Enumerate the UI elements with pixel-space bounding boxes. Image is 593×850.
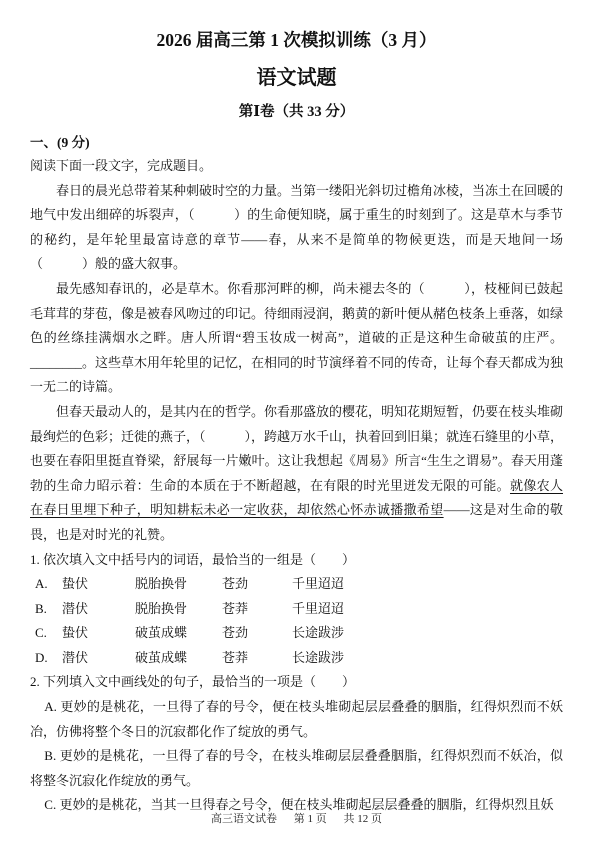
option-word-4: 长途跋涉 bbox=[292, 621, 344, 646]
footer-page-number: 第 1 页 bbox=[294, 813, 327, 825]
option-word-2: 破茧成蝶 bbox=[135, 646, 222, 671]
question-1-option-a: A. 蛰伏 脱胎换骨 苍劲 千里迢迢 bbox=[30, 572, 563, 597]
option-word-1: 潜伏 bbox=[62, 597, 135, 622]
option-letter: A. bbox=[35, 572, 62, 597]
option-word-4: 长途跋涉 bbox=[292, 646, 344, 671]
option-word-2: 脱胎换骨 bbox=[135, 572, 222, 597]
exam-title: 2026 届高三第 1 次模拟训练（3 月） bbox=[30, 28, 563, 52]
option-word-1: 潜伏 bbox=[62, 646, 135, 671]
option-letter: A. bbox=[44, 699, 57, 714]
exam-subject-title: 语文试题 bbox=[30, 65, 563, 91]
option-word-4: 千里迢迢 bbox=[292, 572, 344, 597]
option-word-2: 破茧成蝶 bbox=[135, 621, 222, 646]
question-1-option-d: D. 潜伏 破茧成蝶 苍莽 长途跋涉 bbox=[30, 646, 563, 671]
option-letter: C. bbox=[35, 621, 62, 646]
exam-page: 2026 届高三第 1 次模拟训练（3 月） 语文试题 第Ⅰ卷（共 33 分） … bbox=[0, 0, 593, 850]
option-text: 更妙的是桃花，一旦得了春的号令，在枝头堆砌层层叠叠胭脂，红得炽烈而不妖冶，似将整… bbox=[30, 748, 563, 788]
option-word-2: 脱胎换骨 bbox=[135, 597, 222, 622]
paragraph-3-body: 但春天最动人的，是其内在的哲学。你看那盛放的樱花，明知花期短暂，仍要在枝头堆砌最… bbox=[30, 404, 563, 493]
footer-doc-name: 高三语文试卷 bbox=[211, 813, 277, 825]
passage-paragraph-3: 但春天最动人的，是其内在的哲学。你看那盛放的樱花，明知花期短暂，仍要在枝头堆砌最… bbox=[30, 400, 563, 548]
question-2-option-a: A. 更妙的是桃花，一旦得了春的号令，便在枝头堆砌起层层叠叠的胭脂，红得炽烈而不… bbox=[30, 695, 563, 744]
option-word-3: 苍莽 bbox=[222, 597, 292, 622]
option-word-1: 蛰伏 bbox=[62, 621, 135, 646]
passage-paragraph-1: 春日的晨光总带着某种刺破时空的力量。当第一缕阳光斜切过檐角冰棱，当冻土在回暖的地… bbox=[30, 179, 563, 277]
option-word-4: 千里迢迢 bbox=[292, 597, 344, 622]
option-letter: B. bbox=[35, 597, 62, 622]
footer-page-total: 共 12 页 bbox=[344, 813, 383, 825]
page-footer: 高三语文试卷 第 1 页 共 12 页 bbox=[0, 810, 593, 826]
volume-heading: 第Ⅰ卷（共 33 分） bbox=[30, 102, 563, 122]
question-1-option-c: C. 蛰伏 破茧成蝶 苍劲 长途跋涉 bbox=[30, 621, 563, 646]
question-1-stem: 1. 依次填入文中括号内的词语，最恰当的一组是（ ） bbox=[30, 548, 563, 573]
question-1-option-b: B. 潜伏 脱胎换骨 苍莽 千里迢迢 bbox=[30, 597, 563, 622]
option-word-1: 蛰伏 bbox=[62, 572, 135, 597]
reading-instruction: 阅读下面一段文字，完成题目。 bbox=[30, 154, 563, 179]
option-word-3: 苍劲 bbox=[222, 572, 292, 597]
option-text: 更妙的是桃花，一旦得了春的号令，便在枝头堆砌起层层叠叠的胭脂，红得炽烈而不妖冶，… bbox=[30, 699, 563, 739]
option-letter: B. bbox=[44, 748, 56, 763]
section-one-heading: 一、(9 分) bbox=[30, 132, 563, 154]
option-word-3: 苍劲 bbox=[222, 621, 292, 646]
question-2-stem: 2. 下列填入文中画线处的句子，最恰当的一项是（ ） bbox=[30, 670, 563, 695]
option-word-3: 苍莽 bbox=[222, 646, 292, 671]
option-letter: D. bbox=[35, 646, 62, 671]
passage-paragraph-2: 最先感知春讯的，必是草木。你看那河畔的柳，尚未褪去冬的（ ），枝桠间已鼓起毛茸茸… bbox=[30, 277, 563, 400]
question-2-option-b: B. 更妙的是桃花，一旦得了春的号令，在枝头堆砌层层叠叠胭脂，红得炽烈而不妖冶，… bbox=[30, 744, 563, 793]
